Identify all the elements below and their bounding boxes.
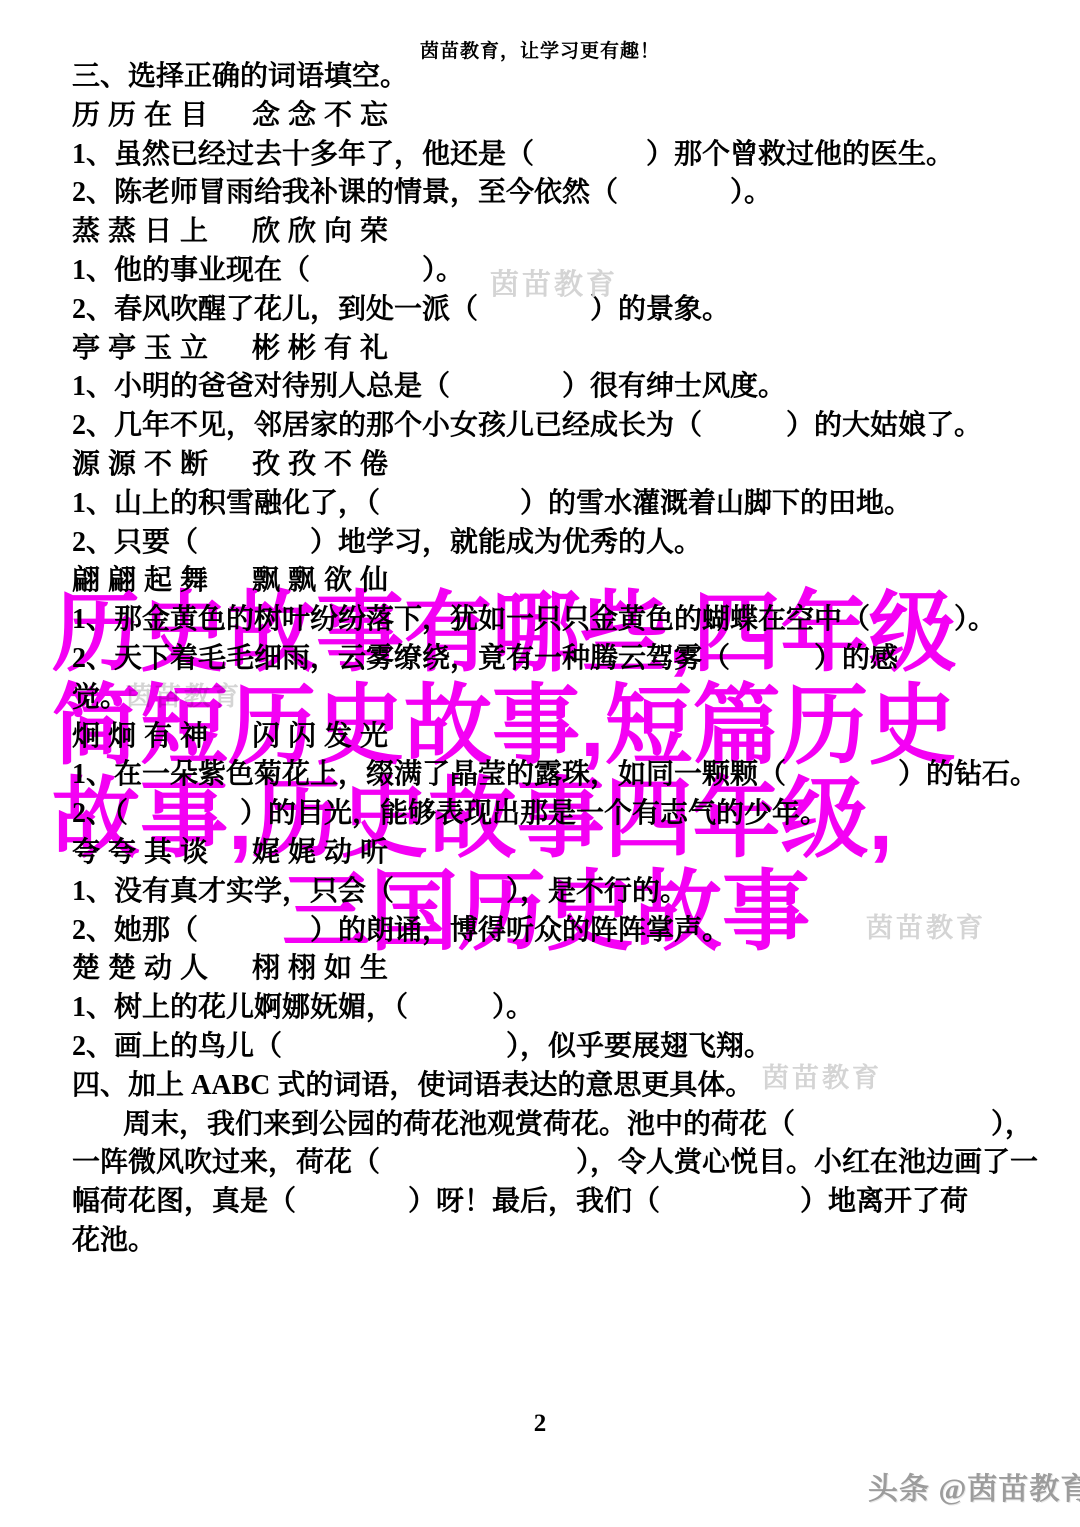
text-line: 2、陈老师冒雨给我补课的情景，至今依然（ ）。: [72, 174, 1080, 213]
watermark-text: 茵苗教育: [490, 262, 618, 303]
worksheet-page: 茵苗教育，让学习更有趣！ 三、选择正确的词语填空。历历在目 念念不忘1、虽然已经…: [0, 0, 1080, 1527]
watermark-text: 茵苗教育: [762, 1056, 882, 1095]
text-line: 亭亭玉立 彬彬有礼: [72, 330, 1080, 369]
text-line: 1、山上的积雪融化了，（ ）的雪水灌溉着山脚下的田地。: [72, 485, 1080, 524]
footer-credit: 头条 @茵苗教育: [868, 1464, 1080, 1508]
text-line: 2、几年不见，邻居家的那个小女孩儿已经成长为（ ）的大姑娘了。: [72, 407, 1080, 446]
text-line: 三、选择正确的词语填空。: [72, 58, 1080, 97]
text-line: 周末，我们来到公园的荷花池观赏荷花。池中的荷花（ ），: [72, 1106, 1080, 1145]
title-watermark-overlay: 历史故事有哪些,四年级简短历史故事,短篇历史故事,历史故事四年级,三国历史故事: [52, 586, 1062, 958]
overlay-title-line: 简短历史故事,短篇历史: [52, 679, 1062, 772]
text-line: 历历在目 念念不忘: [72, 97, 1080, 136]
overlay-title-line: 故事,历史故事四年级,: [52, 772, 1062, 865]
text-line: 1、小明的爸爸对待别人总是（ ）很有绅士风度。: [72, 368, 1080, 407]
text-line: 蒸蒸日上 欣欣向荣: [72, 213, 1080, 252]
text-line: 四、加上 AABC 式的词语，使词语表达的意思更具体。: [72, 1067, 1080, 1106]
overlay-title-line: 三国历史故事: [52, 865, 1062, 958]
page-number: 2: [0, 1410, 1080, 1438]
overlay-title-line: 历史故事有哪些,四年级: [52, 586, 1062, 679]
text-line: 2、画上的鸟儿（ ），似乎要展翅飞翔。: [72, 1028, 1080, 1067]
text-line: 一阵微风吹过来，荷花（ ），令人赏心悦目。小红在池边画了一: [72, 1144, 1080, 1183]
text-line: 1、树上的花儿婀娜妩媚，（ ）。: [72, 989, 1080, 1028]
text-line: 源源不断 孜孜不倦: [72, 446, 1080, 485]
text-line: 1、虽然已经过去十多年了，他还是（ ）那个曾救过他的医生。: [72, 136, 1080, 175]
text-line: 2、只要（ ）地学习，就能成为优秀的人。: [72, 524, 1080, 563]
text-line: 幅荷花图，真是（ ）呀！最后，我们（ ）地离开了荷: [72, 1183, 1080, 1222]
text-line: 花池。: [72, 1222, 1080, 1261]
